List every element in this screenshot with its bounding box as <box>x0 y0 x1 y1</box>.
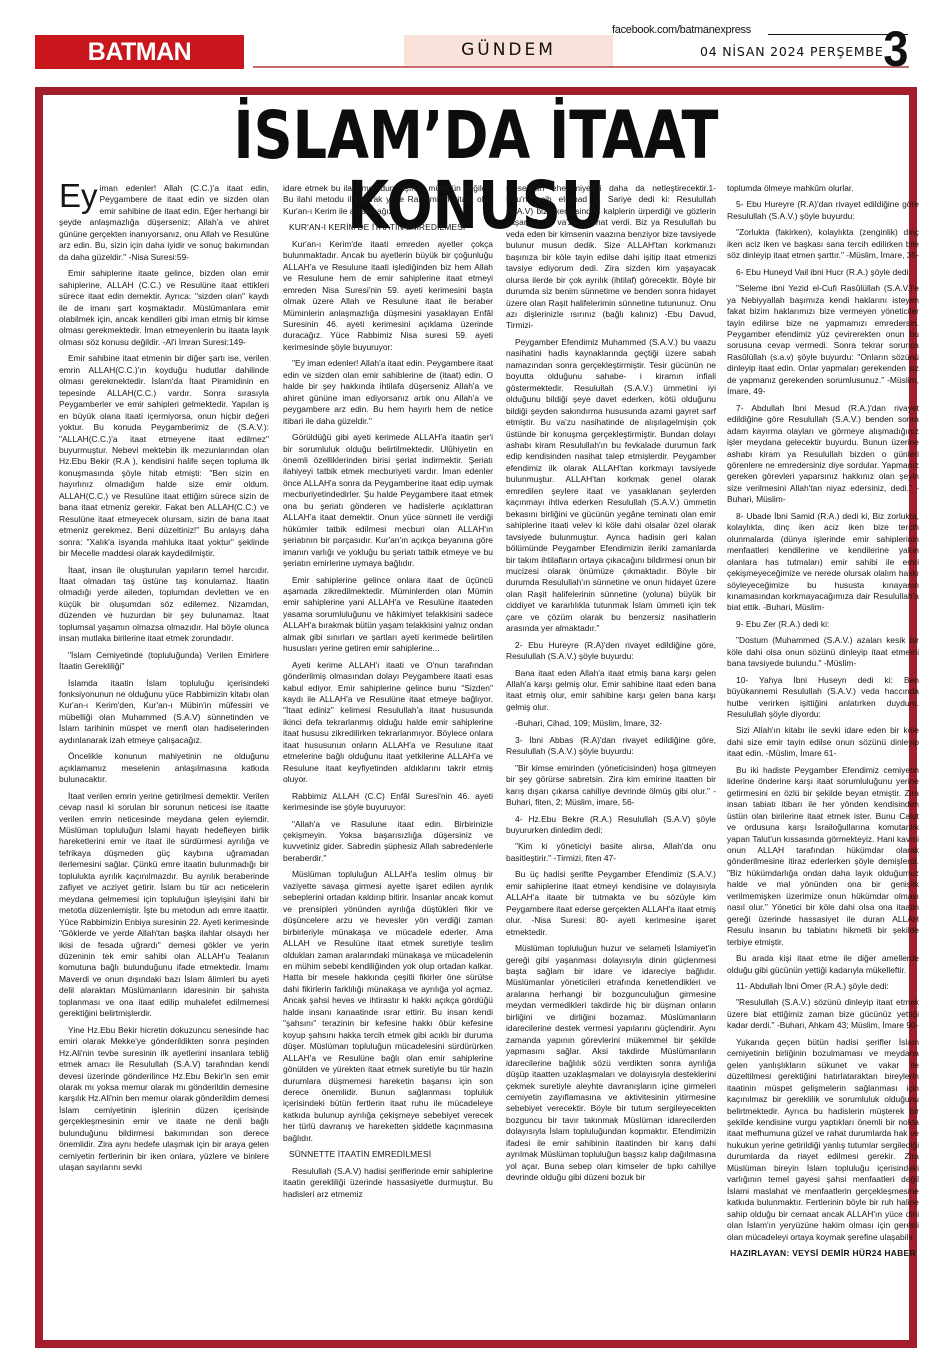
paragraph: 7- Abdullah İbni Mesud (R.A.)'dan rivaye… <box>727 403 919 506</box>
article-body: İSLAM’DA İTAAT KONUSU Eyiman edenler! Al… <box>43 95 909 1340</box>
quote: Bana itaat eden Allah'a itaat etmiş bana… <box>506 668 716 714</box>
quote: "Bir kimse emirinden (yöneticisinden) ho… <box>506 763 716 809</box>
quote: "Dostum (Muhammed (S.A.V.) azaları kesik… <box>727 635 919 669</box>
quote: Sizi Allah'ın kitabı ile sevki idare ede… <box>727 725 919 759</box>
paragraph: İtaat, insan ile oluşturulan yapıların t… <box>59 565 269 645</box>
quote: "Seleme ibni Yezid el-Cufi Rasûlüllah (S… <box>727 283 919 398</box>
paragraph: Resulullah (S.A.V) hadisi şeriflerinde e… <box>283 1166 493 1200</box>
paragraph: İtaat verilen emrin yerine getirilmesi d… <box>59 791 269 1020</box>
quote: "Ey iman edenler! Allah'a itaat edin. Pe… <box>283 358 493 427</box>
column-4: toplumda ölmeye mahkûm olurlar. 5- Ebu H… <box>727 183 919 1264</box>
issue-date: 04 NİSAN 2024 PERŞEMBE <box>700 44 884 59</box>
paragraph: Öncelikle konunun mahiyetinin ne olduğun… <box>59 751 269 785</box>
quote: "Allah'a ve Rasulune itaat edin. Birbiri… <box>283 819 493 865</box>
column-1: Eyiman edenler! Allah (C.C.)'a itaat edi… <box>59 183 269 1179</box>
paragraph: idare etmek bu ilahi metodun dışında müm… <box>283 183 493 217</box>
paragraph: Müslüman topluluğun ALLAH'a teslim olmuş… <box>283 869 493 1144</box>
paragraph: meselenin ehemmiyetini daha da netleştir… <box>506 183 716 332</box>
page-number: 3 <box>883 24 908 74</box>
paragraph: toplumda ölmeye mahkûm olurlar. <box>727 183 919 194</box>
paragraph: Peygamber Efendimiz Muhammed (S.A.V.) bu… <box>506 337 716 635</box>
paragraph: Bu arada kişi itaat etme ile diğer amell… <box>727 953 919 976</box>
paragraph: İslamda itaatin İslam topluluğu içerisin… <box>59 678 269 747</box>
paragraph: 2- Ebu Hureyre (R.A)'den rivayet edildiğ… <box>506 640 716 663</box>
paragraph: 4- Hz.Ebu Bekre (R.A.) Resulullah (S.A.V… <box>506 814 716 837</box>
article-columns: Eyiman edenler! Allah (C.C.)'a itaat edi… <box>59 183 909 1333</box>
subheading: "İslam Cemiyetinde (topluluğunda) Verile… <box>59 650 269 673</box>
masthead: BATMAN EXPRESS GÜNDEM facebook.com/batma… <box>0 0 951 90</box>
paragraph: 5- Ebu Hureyre (R.A)'dan rivayet edildiğ… <box>727 199 919 222</box>
paragraph: Yukarıda geçen bütün hadisi şerifler İsl… <box>727 1037 919 1243</box>
quote: "Resulullah (S.A.V.) sözünü dinleyip ita… <box>727 997 919 1031</box>
paragraph: Ayeti kerime ALLAH'ı itaati ve O'nun tar… <box>283 660 493 786</box>
paragraph: Müslüman topluluğun huzur ve selameti İs… <box>506 943 716 1184</box>
header-rule <box>253 66 405 68</box>
paragraph: 6- Ebu Huneyd Vail ibni Hucr (R.A.) şöyl… <box>727 267 919 278</box>
quote: "Zorlukta (fakirken), kolaylıkta (zengin… <box>727 227 919 261</box>
paragraph: Rabbimiz ALLAH (C.C) Enfâl Suresi'nin 46… <box>283 791 493 814</box>
paragraph: Kur'an-ı Kerim'de itaati emreden ayetler… <box>283 239 493 354</box>
quote: "Kim ki yöneticiyi basite alırsa, Allah'… <box>506 841 716 864</box>
newspaper-logo: BATMAN EXPRESS <box>35 35 244 69</box>
section-label: GÜNDEM <box>404 35 613 66</box>
author-byline: HAZIRLAYAN: VEYSİ DEMİR HÜR24 HABER <box>727 1248 919 1259</box>
paragraph: 10- Yahya İbni Huseyn dedi ki: Ben büyük… <box>727 675 919 721</box>
facebook-link[interactable]: facebook.com/batmanexpress <box>612 24 751 36</box>
paragraph: Görüldüğü gibi ayeti kerimede ALLAH'a it… <box>283 432 493 569</box>
column-2: idare etmek bu ilahi metodun dışında müm… <box>283 183 493 1205</box>
column-3: meselenin ehemmiyetini daha da netleştir… <box>506 183 716 1189</box>
paragraph: Emir sahiplerine gelince onlara itaat de… <box>283 575 493 655</box>
paragraph: 8- Ubade İbni Samid (R.A.) dedi ki, Biz … <box>727 511 919 614</box>
header-rule <box>404 66 909 68</box>
drop-cap: Ey <box>59 183 98 209</box>
subheading: SÜNNETTE İTAATİN EMREDİLMESİ <box>283 1149 493 1160</box>
paragraph: 3- İbni Abbas (R.A)'dan rivayet edildiği… <box>506 735 716 758</box>
paragraph: Emir sahibine itaat etmenin bir diğer şa… <box>59 353 269 559</box>
paragraph: Bu iki hadiste Peygamber Efendimiz cemiy… <box>727 765 919 948</box>
paragraph: Emir sahiplerine itaate gelince, bizden … <box>59 268 269 348</box>
paragraph: Eyiman edenler! Allah (C.C.)'a itaat edi… <box>59 183 269 263</box>
paragraph: 11- Abdullah İbni Ömer (R.A.) şöyle dedi… <box>727 981 919 992</box>
paragraph: 9- Ebu Zer (R.A.) dedi ki: <box>727 619 919 630</box>
citation: -Buhari, Cihad, 109; Müslim, İmare, 32- <box>506 718 716 729</box>
subheading: KUR'AN-I KERİM'DE İTAATİN EMREDİLMESİ <box>283 222 493 233</box>
paragraph: Bu üç hadisi şerifte Peygamber Efendimiz… <box>506 869 716 938</box>
paragraph: Yine Hz.Ebu Bekir hicretin dokuzuncu sen… <box>59 1025 269 1174</box>
